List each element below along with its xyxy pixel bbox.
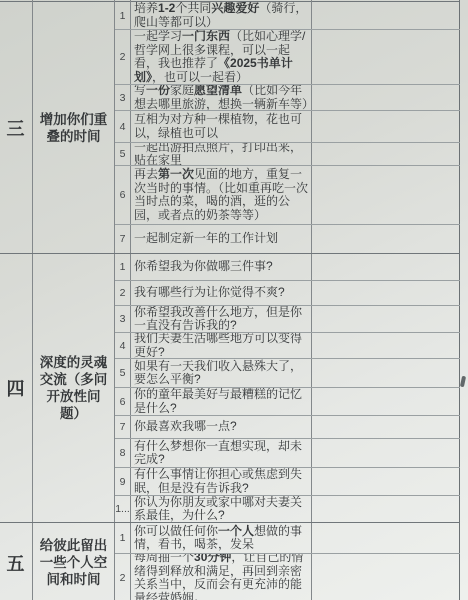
table-row: 2我有哪些行为让你觉得不爽? <box>115 281 460 306</box>
row-text-content: 一起出游拍点照片，打印出来，贴在家里 <box>134 143 308 165</box>
table-row: 1你希望我为你做哪三件事? <box>115 254 460 281</box>
row-text-segment: 我们夫妻生活哪些地方可以变得更好? <box>134 333 302 358</box>
table-row: 8有什么梦想你一直想实现，却未完成? <box>115 439 460 468</box>
row-text-bold-segment: 愿望清单 <box>194 85 242 97</box>
section-category-cell: 增加你们重叠的时间 <box>33 2 115 253</box>
table-row: 7一起制定新一年的工作计划 <box>115 225 460 253</box>
table-row: 1...你认为你朋友或家中哪对夫妻关系最佳，为什么? <box>115 496 460 522</box>
row-number: 1 <box>115 523 131 553</box>
row-number: 5 <box>115 359 131 387</box>
table-row: 4互相为对方种一棵植物，花也可以，绿植也可以 <box>115 111 460 143</box>
row-text: 你希望我改善什么地方，但是你一直没有告诉我的? <box>131 306 312 332</box>
photo-artifact <box>460 376 466 388</box>
row-text: 你希望我为你做哪三件事? <box>131 254 312 280</box>
row-text-bold-segment: 第一次 <box>158 167 194 181</box>
row-text-content: 再去第一次见面的地方，重复一次当时的事情。（比如重再吃一次当时点的菜，喝的酒，逛… <box>134 168 308 222</box>
row-text: 写一份家庭愿望清单（比如今年想去哪里旅游，想换一辆新车等） <box>131 85 312 110</box>
table-row: 1你可以做任何你一个人想做的事情，看书，喝茶，发呆 <box>115 523 460 554</box>
row-text-content: 你的童年最美好与最糟糕的记忆是什么? <box>134 388 308 415</box>
row-text: 你的童年最美好与最糟糕的记忆是什么? <box>131 388 312 415</box>
row-text-segment: 有什么事情让你担心或焦虑到失眠，但是没有告诉我? <box>134 468 302 495</box>
section-四: 四深度的灵魂交流（多问开放性问题）1你希望我为你做哪三件事?2我有哪些行为让你觉… <box>0 254 460 523</box>
row-text: 你最喜欢我哪一点? <box>131 416 312 438</box>
row-text: 有什么梦想你一直想实现，却未完成? <box>131 439 312 467</box>
row-text-bold-segment: 一份 <box>146 85 170 97</box>
row-number: 2 <box>115 30 131 84</box>
row-notes-cell <box>312 306 460 332</box>
row-notes-cell <box>312 523 460 553</box>
section-三: 三增加你们重叠的时间1培养1-2个共同兴趣爱好（骑行，爬山等都可以）2一起学习一… <box>0 2 460 254</box>
row-text-segment: 一起出游拍点照片，打印出来，贴在家里 <box>134 143 302 165</box>
row-notes-cell <box>312 388 460 415</box>
row-text-segment: 你希望我为你做哪三件事? <box>134 259 273 273</box>
row-text-bold-segment: 1-2 <box>158 2 175 15</box>
row-text: 有什么事情让你担心或焦虑到失眠，但是没有告诉我? <box>131 468 312 495</box>
row-text-content: 互相为对方种一棵植物，花也可以，绿植也可以 <box>134 113 308 140</box>
row-text-content: 每周抽一个30分钟，让自己的情绪得到释放和满足，再回到亲密关系当中，反而会有更充… <box>134 554 308 600</box>
row-text-bold-segment: 一门东西 <box>182 30 230 43</box>
row-text-content: 你希望我改善什么地方，但是你一直没有告诉我的? <box>134 306 308 332</box>
row-notes-cell <box>312 225 460 253</box>
row-text-content: 我们夫妻生活哪些地方可以变得更好? <box>134 333 308 358</box>
row-text-segment: 你希望我改善什么地方，但是你一直没有告诉我的? <box>134 306 302 332</box>
row-number: 1 <box>115 2 131 29</box>
row-text: 我们夫妻生活哪些地方可以变得更好? <box>131 333 312 358</box>
row-notes-cell <box>312 281 460 305</box>
row-number: 4 <box>115 333 131 358</box>
row-notes-cell <box>312 439 460 467</box>
row-text-content: 培养1-2个共同兴趣爱好（骑行，爬山等都可以） <box>134 2 308 29</box>
section-category-label: 增加你们重叠的时间 <box>39 111 108 145</box>
row-notes-cell <box>312 468 460 495</box>
row-notes-cell <box>312 359 460 387</box>
section-rows: 1你可以做任何你一个人想做的事情，看书，喝茶，发呆2每周抽一个30分钟，让自己的… <box>115 523 460 600</box>
row-notes-cell <box>312 143 460 165</box>
table-row: 6你的童年最美好与最糟糕的记忆是什么? <box>115 388 460 416</box>
section-rows: 1培养1-2个共同兴趣爱好（骑行，爬山等都可以）2一起学习一门东西（比如心理学/… <box>115 2 460 253</box>
table-row: 4我们夫妻生活哪些地方可以变得更好? <box>115 333 460 359</box>
row-number: 6 <box>115 388 131 415</box>
row-text-content: 你可以做任何你一个人想做的事情，看书，喝茶，发呆 <box>134 525 308 552</box>
table-row: 5一起出游拍点照片，打印出来，贴在家里 <box>115 143 460 166</box>
row-text: 互相为对方种一棵植物，花也可以，绿植也可以 <box>131 111 312 142</box>
row-notes-cell <box>312 554 460 600</box>
row-text-segment: 你的童年最美好与最糟糕的记忆是什么? <box>134 388 302 415</box>
section-category-cell: 深度的灵魂交流（多问开放性问题） <box>33 254 115 522</box>
row-notes-cell <box>312 111 460 142</box>
row-text-content: 有什么事情让你担心或焦虑到失眠，但是没有告诉我? <box>134 468 308 495</box>
row-text: 培养1-2个共同兴趣爱好（骑行，爬山等都可以） <box>131 2 312 29</box>
row-number: 9 <box>115 468 131 495</box>
row-text-segment: 有什么梦想你一直想实现，却未完成? <box>134 439 302 466</box>
section-number-label: 三 <box>7 115 26 141</box>
row-text-bold-segment: 一个人 <box>218 524 254 538</box>
row-text: 一起学习一门东西（比如心理学/哲学网上很多课程，可以一起看，我也推荐了《2025… <box>131 30 312 84</box>
row-number: 2 <box>115 554 131 600</box>
row-notes-cell <box>312 166 460 224</box>
section-number-label: 四 <box>7 375 26 401</box>
row-notes-cell <box>312 416 460 438</box>
row-text-segment: 你可以做任何你 <box>134 524 218 538</box>
row-number: 3 <box>115 85 131 110</box>
table-row: 2每周抽一个30分钟，让自己的情绪得到释放和满足，再回到亲密关系当中，反而会有更… <box>115 554 460 600</box>
table-row: 1培养1-2个共同兴趣爱好（骑行，爬山等都可以） <box>115 2 460 30</box>
row-notes-cell <box>312 496 460 522</box>
row-text-segment: ，也可以一起看） <box>152 70 248 84</box>
row-text-content: 如果有一天我们收入悬殊大了，要怎么平衡? <box>134 360 308 387</box>
row-text-segment: 你认为你朋友或家中哪对夫妻关系最佳，为什么? <box>134 496 302 522</box>
row-text-segment: 你最喜欢我哪一点? <box>134 419 237 433</box>
row-text-segment: 如果有一天我们收入悬殊大了，要怎么平衡? <box>134 359 302 386</box>
section-category-cell: 给彼此留出一些个人空间和时间 <box>33 523 115 600</box>
table-row: 7你最喜欢我哪一点? <box>115 416 460 439</box>
row-notes-cell <box>312 2 460 29</box>
section-category-label: 给彼此留出一些个人空间和时间 <box>39 537 108 588</box>
row-text-segment: 再去 <box>134 167 158 181</box>
row-number: 2 <box>115 281 131 305</box>
section-number-cell: 五 <box>0 523 33 600</box>
row-number: 1... <box>115 496 131 522</box>
row-number: 1 <box>115 254 131 280</box>
row-text-content: 我有哪些行为让你觉得不爽? <box>134 286 285 300</box>
row-text-content: 你希望我为你做哪三件事? <box>134 260 273 274</box>
photographed-table-page: 三增加你们重叠的时间1培养1-2个共同兴趣爱好（骑行，爬山等都可以）2一起学习一… <box>0 0 468 600</box>
table-row: 3写一份家庭愿望清单（比如今年想去哪里旅游，想换一辆新车等） <box>115 85 460 111</box>
row-text-content: 一起制定新一年的工作计划 <box>134 232 278 246</box>
checklist-table: 三增加你们重叠的时间1培养1-2个共同兴趣爱好（骑行，爬山等都可以）2一起学习一… <box>0 0 460 600</box>
row-text-segment: 家庭 <box>170 85 194 97</box>
row-text: 我有哪些行为让你觉得不爽? <box>131 281 312 305</box>
row-text-bold-segment: 30分钟 <box>194 554 231 564</box>
table-row: 5如果有一天我们收入悬殊大了，要怎么平衡? <box>115 359 460 388</box>
row-text-segment: 一起学习 <box>134 30 182 43</box>
row-text: 再去第一次见面的地方，重复一次当时的事情。（比如重再吃一次当时点的菜，喝的酒，逛… <box>131 166 312 224</box>
row-text-segment: 写 <box>134 85 146 97</box>
row-text-segment: 互相为对方种一棵植物，花也可以，绿植也可以 <box>134 112 302 140</box>
row-text-segment: 个共同 <box>175 2 211 15</box>
section-number-label: 五 <box>7 550 26 576</box>
row-number: 7 <box>115 225 131 253</box>
table-row: 2一起学习一门东西（比如心理学/哲学网上很多课程，可以一起看，我也推荐了《202… <box>115 30 460 85</box>
section-number-cell: 三 <box>0 2 33 253</box>
row-notes-cell <box>312 254 460 280</box>
row-text-content: 有什么梦想你一直想实现，却未完成? <box>134 440 308 467</box>
section-number-cell: 四 <box>0 254 33 522</box>
row-text-content: 写一份家庭愿望清单（比如今年想去哪里旅游，想换一辆新车等） <box>134 85 308 110</box>
row-text: 你认为你朋友或家中哪对夫妻关系最佳，为什么? <box>131 496 312 522</box>
section-category-label: 深度的灵魂交流（多问开放性问题） <box>39 354 108 422</box>
row-text: 一起出游拍点照片，打印出来，贴在家里 <box>131 143 312 165</box>
row-number: 5 <box>115 143 131 165</box>
row-notes-cell <box>312 85 460 110</box>
section-rows: 1你希望我为你做哪三件事?2我有哪些行为让你觉得不爽?3你希望我改善什么地方，但… <box>115 254 460 522</box>
row-number: 8 <box>115 439 131 467</box>
row-text-content: 一起学习一门东西（比如心理学/哲学网上很多课程，可以一起看，我也推荐了《2025… <box>134 30 308 84</box>
row-text: 如果有一天我们收入悬殊大了，要怎么平衡? <box>131 359 312 387</box>
row-notes-cell <box>312 30 460 84</box>
row-text-segment: 一起制定新一年的工作计划 <box>134 231 278 245</box>
row-text-segment: 培养 <box>134 2 158 15</box>
table-row: 6再去第一次见面的地方，重复一次当时的事情。（比如重再吃一次当时点的菜，喝的酒，… <box>115 166 460 225</box>
row-text-bold-segment: 兴趣爱好 <box>211 2 259 15</box>
row-notes-cell <box>312 333 460 358</box>
row-text: 每周抽一个30分钟，让自己的情绪得到释放和满足，再回到亲密关系当中，反而会有更充… <box>131 554 312 600</box>
row-text-segment: 我有哪些行为让你觉得不爽? <box>134 285 285 299</box>
section-五: 五给彼此留出一些个人空间和时间1你可以做任何你一个人想做的事情，看书，喝茶，发呆… <box>0 523 460 600</box>
row-number: 6 <box>115 166 131 224</box>
row-number: 7 <box>115 416 131 438</box>
row-number: 4 <box>115 111 131 142</box>
table-row: 9有什么事情让你担心或焦虑到失眠，但是没有告诉我? <box>115 468 460 496</box>
row-text: 一起制定新一年的工作计划 <box>131 225 312 253</box>
row-text: 你可以做任何你一个人想做的事情，看书，喝茶，发呆 <box>131 523 312 553</box>
row-text-content: 你最喜欢我哪一点? <box>134 420 237 434</box>
row-text-segment: 每周抽一个 <box>134 554 194 564</box>
row-text-content: 你认为你朋友或家中哪对夫妻关系最佳，为什么? <box>134 496 308 522</box>
table-row: 3你希望我改善什么地方，但是你一直没有告诉我的? <box>115 306 460 333</box>
row-number: 3 <box>115 306 131 332</box>
